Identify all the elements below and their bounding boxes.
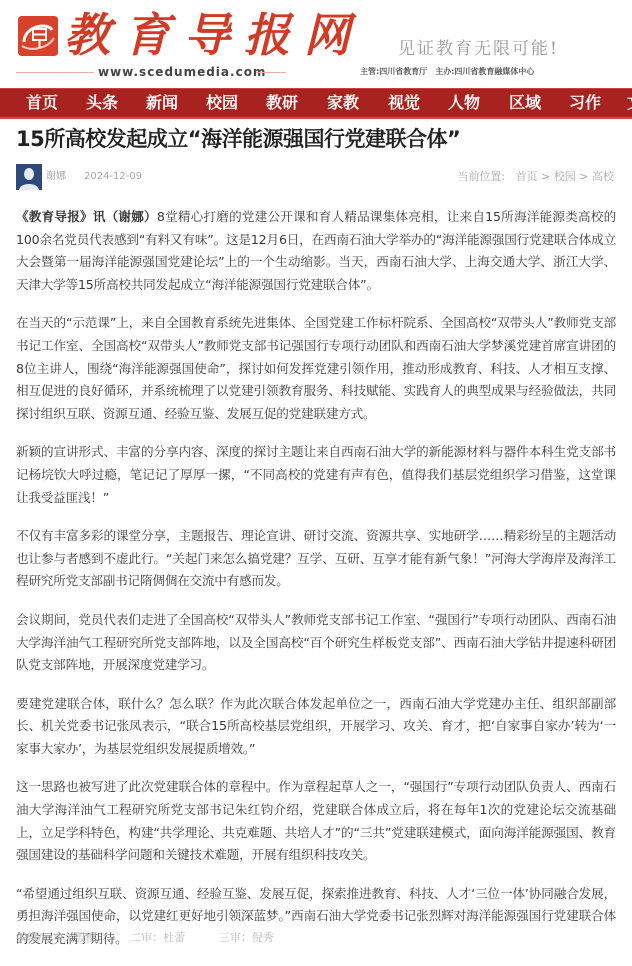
site-slogan: 见证教育无限可能!: [398, 38, 559, 60]
article-title: 15所高校发起成立“海洋能源强国行党建联合体”: [16, 124, 460, 154]
third-review-credit: 三审：倪秀: [219, 931, 274, 944]
editor-credits: 编辑/一审：殷樱 二审：杜蕾 三审：倪秀: [16, 930, 304, 946]
logo-divider-right: [256, 72, 286, 73]
nav-item-home[interactable]: 首页: [26, 89, 58, 117]
breadcrumb-university[interactable]: 高校: [592, 170, 614, 183]
nav-item-overflow[interactable]: 文: [627, 89, 632, 117]
site-url: www.scedumedia.com: [98, 64, 266, 80]
author-name[interactable]: 谢娜: [46, 170, 66, 184]
nav-item-research[interactable]: 教研: [266, 89, 298, 117]
user-silhouette-icon: [16, 164, 42, 190]
site-supervisor-info: 主管:四川省教育厅 主办:四川省教育融媒体中心: [360, 66, 534, 78]
nav-item-region[interactable]: 区域: [509, 89, 541, 117]
article-paragraph: 会议期间，党员代表们走进了全国高校“双带头人”教师党支部书记工作室、“强国行”专…: [16, 609, 616, 677]
breadcrumb-campus[interactable]: 校园: [554, 170, 576, 183]
author-avatar: [16, 164, 42, 190]
nav-item-people[interactable]: 人物: [448, 89, 480, 117]
breadcrumb: 当前位置: 首页 > 校园 > 高校: [457, 169, 614, 185]
nav-item-news[interactable]: 新闻: [146, 89, 178, 117]
article-paragraph: 要建党建联合体，联什么？怎么联？作为此次联合体发起单位之一，西南石油大学党建办主…: [16, 693, 616, 761]
second-review-credit: 二审：杜蕾: [130, 931, 185, 944]
site-logo-icon[interactable]: [18, 16, 58, 56]
nav-item-writing[interactable]: 习作: [569, 89, 601, 117]
article-paragraph: 《教育导报》讯（谢娜）8堂精心打磨的党建公开课和育人精品课集体亮相，让来自15所…: [16, 206, 616, 296]
publish-date: 2024-12-09: [84, 170, 142, 184]
article-paragraph: 新颖的宣讲形式、丰富的分享内容、深度的探讨主题让来自西南石油大学的新能源材料与器…: [16, 441, 616, 509]
nav-item-campus[interactable]: 校园: [206, 89, 238, 117]
nav-item-headlines[interactable]: 头条: [86, 89, 118, 117]
nav-item-family-education[interactable]: 家教: [327, 89, 359, 117]
article-paragraph: 这一思路也被写进了此次党建联合体的章程中。作为章程起草人之一，“强国行”专项行动…: [16, 776, 616, 866]
breadcrumb-prefix: 当前位置:: [457, 170, 505, 183]
breadcrumb-separator: >: [541, 170, 550, 183]
editor-credit: 编辑/一审：殷樱: [16, 931, 97, 944]
article-lead: 《教育导报》讯（谢娜）: [16, 209, 157, 224]
article-paragraph: 不仅有丰富多彩的课堂分享，主题报告、理论宣讲、研讨交流、资源共享、实地研学……精…: [16, 525, 616, 593]
article-body: 《教育导报》讯（谢娜）8堂精心打磨的党建公开课和育人精品课集体亮相，让来自15所…: [16, 206, 616, 966]
breadcrumb-separator: >: [579, 170, 588, 183]
logo-divider-left: [16, 72, 94, 73]
breadcrumb-home[interactable]: 首页: [516, 170, 538, 183]
main-nav: 首页 头条 新闻 校园 教研 家教 视觉 人物 区域 习作 文: [0, 88, 632, 119]
nav-item-visual[interactable]: 视觉: [388, 89, 420, 117]
site-header: 教育导报网 www.scedumedia.com 见证教育无限可能! 主管:四川…: [0, 0, 632, 86]
article-paragraph: 在当天的“示范课”上，来自全国教育系统先进集体、全国党建工作标杆院系、全国高校“…: [16, 312, 616, 425]
site-logo-title[interactable]: 教育导报网: [64, 6, 364, 64]
